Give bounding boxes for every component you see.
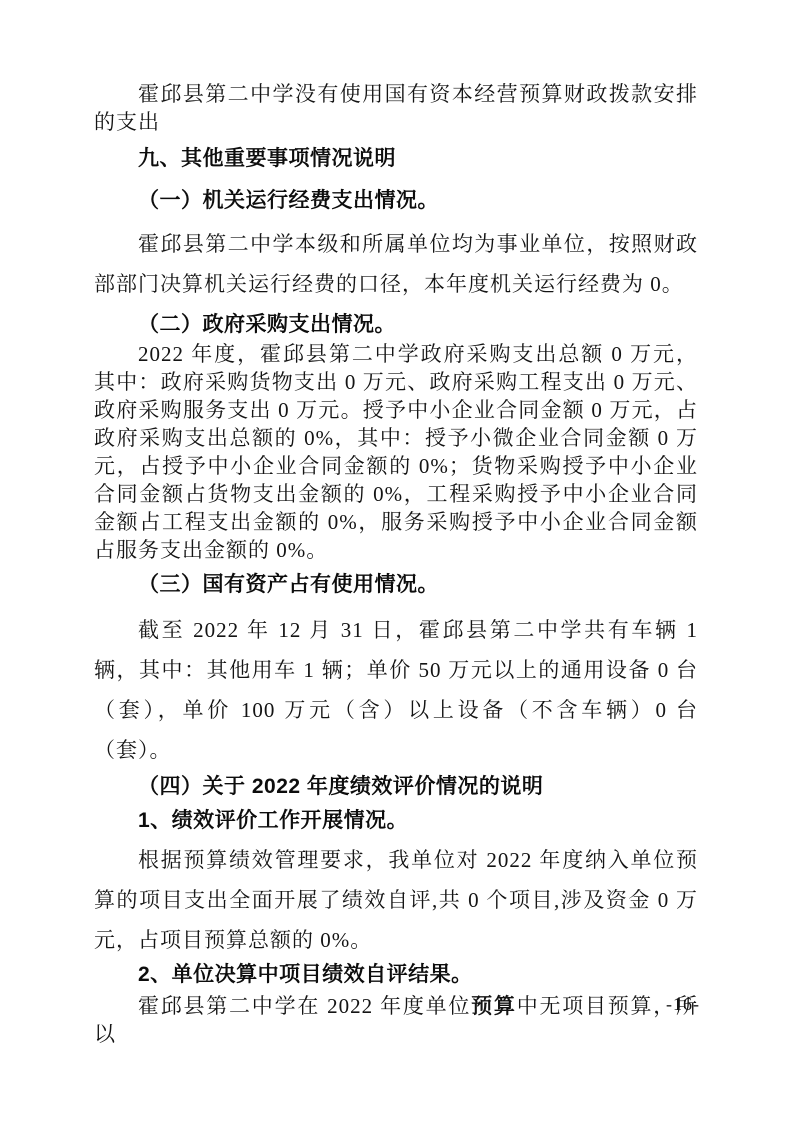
heading-item1-agency-operating-expense: （一）机关运行经费支出情况。 bbox=[94, 186, 698, 216]
heading-item4-sub2-project-performance-result: 2、单位决算中项目绩效自评结果。 bbox=[94, 960, 698, 990]
paragraph-state-owned-assets: 截至 2022 年 12 月 31 日，霍邱县第二中学共有车辆 1 辆，其中：其… bbox=[94, 610, 698, 770]
document-page: 霍邱县第二中学没有使用国有资本经营预算财政拨款安排的支出 九、其他重要事项情况说… bbox=[0, 0, 794, 1122]
heading-section-nine-other-important-matters: 九、其他重要事项情况说明 bbox=[94, 144, 698, 174]
page-number: -16- bbox=[666, 994, 700, 1015]
paragraph-project-performance-result: 霍邱县第二中学在 2022 年度单位预算中无项目预算，所以 bbox=[94, 992, 698, 1048]
heading-item4-performance-evaluation: （四）关于 2022 年度绩效评价情况的说明 bbox=[94, 772, 698, 802]
paragraph-project-performance-result-bold-term: 预算 bbox=[471, 994, 517, 1018]
paragraph-agency-operating-expense: 霍邱县第二中学本级和所属单位均为事业单位，按照财政部部门决算机关运行经费的口径，… bbox=[94, 224, 698, 304]
heading-item4-sub1-performance-work: 1、绩效评价工作开展情况。 bbox=[94, 806, 698, 836]
paragraph-project-performance-result-prefix: 霍邱县第二中学在 2022 年度单位 bbox=[138, 994, 471, 1018]
heading-item3-state-owned-assets: （三）国有资产占有使用情况。 bbox=[94, 570, 698, 600]
paragraph-capital-operating-expenditure: 霍邱县第二中学没有使用国有资本经营预算财政拨款安排的支出 bbox=[94, 80, 698, 136]
paragraph-government-procurement: 2022 年度，霍邱县第二中学政府采购支出总额 0 万元，其中：政府采购货物支出… bbox=[94, 340, 698, 564]
heading-item2-government-procurement: （二）政府采购支出情况。 bbox=[94, 310, 698, 340]
document-content: 霍邱县第二中学没有使用国有资本经营预算财政拨款安排的支出 九、其他重要事项情况说… bbox=[94, 80, 698, 1048]
paragraph-performance-self-evaluation: 根据预算绩效管理要求，我单位对 2022 年度纳入单位预算的项目支出全面开展了绩… bbox=[94, 840, 698, 960]
